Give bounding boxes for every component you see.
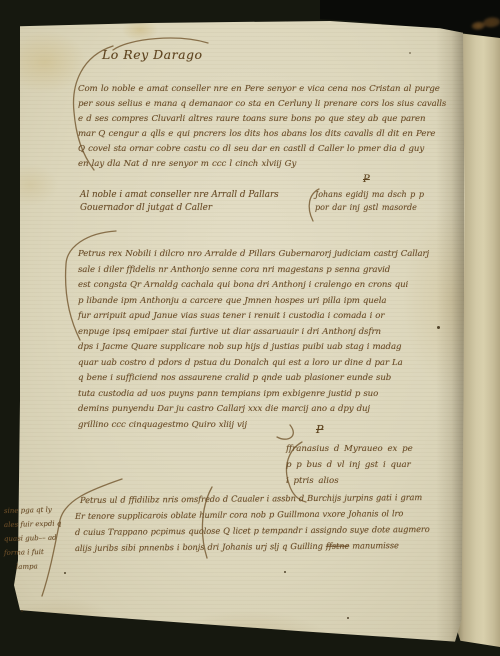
marginal-notes: sine pga qt ly ales fuir expdi q quasi g… [4, 504, 61, 574]
paragraph1-line: Com lo noble e amat conseller nre en Per… [78, 82, 446, 97]
paragraph2-line: tuta custodia ad uos puyns pann tempians… [78, 387, 429, 403]
paragraph2-line: p libande ipm Anthonju a carcere que Jmn… [78, 294, 429, 310]
ink-speck [284, 571, 286, 573]
paragraph2-line: enpuge ipsq emipaer stai furtive ut diar… [78, 325, 429, 341]
document-heading: Lo Rey Darago [102, 47, 203, 62]
paragraph1-line: Q covel sta ornar cobre castu co dl seu … [78, 142, 446, 157]
paragraph2-line: Petrus rex Nobili i dilcro nro Arralde d… [78, 247, 429, 263]
registrum-mark: P [363, 174, 370, 185]
paragraph2-line: quar uab costro d pdors d pstua du Donal… [78, 356, 429, 372]
paragraph3-line4-pre: alijs juribs sibi pnnenbs i bonjs dri Jo… [75, 541, 323, 553]
paragraph2-line: sale i diler ffidelis nr Anthonjo senne … [78, 263, 429, 279]
manuscript-text: Lo Rey Darago Com lo noble e amat consel… [0, 0, 500, 656]
signature-line: i ptris alios [286, 473, 413, 489]
paragraph1-line: per sous selius e mana q demanaor co sta… [78, 97, 446, 112]
registration-line: Johans egidij ma dsch p p [315, 189, 424, 202]
address-block: Al noble i amat conseller nre Arrall d P… [80, 189, 279, 214]
address-line: Al noble i amat conseller nre Arrall d P… [80, 189, 279, 202]
signature-note: ffranasius d Myraueo ex pe p p bus d vl … [286, 441, 413, 489]
registration-line: por dar inj gstl masorde [315, 202, 424, 215]
paragraph1-line: e d ses compres Cluvarli altres raure to… [78, 112, 446, 127]
signature-line: p p bus d vl inj gst i quar [286, 457, 413, 473]
paragraph1-line: mar Q cengur a qlls e qui pncrers los di… [78, 127, 446, 142]
address-line: Gouernador dl jutgat d Caller [80, 202, 279, 215]
photograph-background: Lo Rey Darago Com lo noble e amat consel… [0, 0, 500, 656]
margin-note-line: sine pga qt ly [4, 503, 62, 518]
margin-note-line: lampa [16, 559, 62, 574]
paragraph1-line: en lay dla Nat d nre senyor m ccc l cinc… [78, 157, 446, 172]
probatum-mark: P [316, 423, 323, 436]
paragraph2-line: dps i Jacme Quare supplicare nob sup hij… [78, 340, 429, 356]
paragraph2-line: grillino ccc cinquagestmo Quiro xliij vi… [78, 418, 429, 434]
margin-note-line: forma i fuit [4, 545, 62, 560]
paragraph3-struck-word: ffstne [326, 541, 349, 551]
ink-speck [437, 326, 440, 329]
paragraph2-line: est congsta Qr Arnaldg cachala qui bona … [78, 278, 429, 294]
ink-speck [409, 52, 411, 54]
margin-note-line: quasi gub–– ad [4, 531, 62, 546]
paragraph-1: Com lo noble e amat conseller nre en Per… [78, 82, 446, 172]
paragraph2-line: fur arripuit apud Janue vias suas tener … [78, 309, 429, 325]
margin-note-line: ales fuir expdi q [4, 517, 62, 532]
paragraph3-line-with-strikeout: alijs juribs sibi pnnenbs i bonjs dri Jo… [75, 537, 430, 556]
paragraph2-line: q bene i sufficiend nos assaurene cralid… [78, 371, 429, 387]
ink-speck [64, 572, 66, 574]
signature-line: ffranasius d Myraueo ex pe [286, 441, 413, 457]
registration-note: Johans egidij ma dsch p p por dar inj gs… [315, 189, 424, 214]
paragraph2-line: demins punyendu Dar ju castro Callarj xx… [78, 402, 429, 418]
paragraph-2: Petrus rex Nobili i dilcro nro Arralde d… [78, 247, 429, 433]
paragraph3-line4-post: manumisse [352, 540, 399, 550]
paragraph-3: Petrus ul d ffidilibz nris omsfredo d Ca… [75, 492, 430, 556]
ink-speck [21, 610, 23, 612]
ink-speck [347, 617, 349, 619]
